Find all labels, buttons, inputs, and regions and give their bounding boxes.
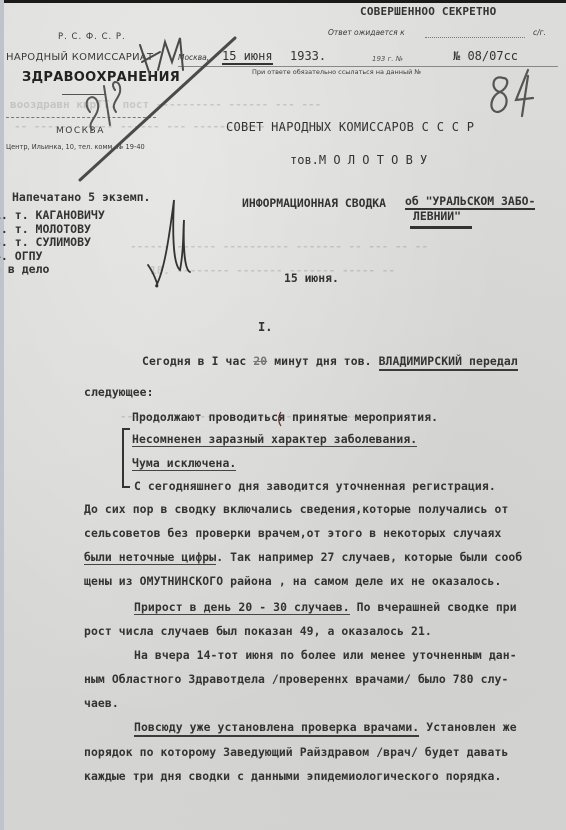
- underlined-text: были неточные цифры: [84, 550, 216, 565]
- reply-expected-field: [425, 37, 525, 38]
- distribution-item: 5 в дело: [0, 263, 105, 277]
- document-number: № 08/07сс: [453, 49, 518, 63]
- text-segment: Сегодня в I час: [142, 354, 253, 368]
- paragraph-line: С сегодняшнего дня заводится уточненная …: [134, 479, 496, 493]
- document-date: 15 июня: [222, 49, 273, 65]
- paragraph-line: следующее:: [84, 385, 154, 399]
- report-date: 15 июня.: [284, 271, 339, 285]
- addressee-recipient: тов.М О Л О Т О В У: [290, 153, 427, 167]
- scan-top-edge: [0, 0, 566, 3]
- distribution-list: 1. т. КАГАНОВИЧУ 2. т. МОЛОТОВУ 3. т. СУ…: [0, 209, 105, 277]
- distribution-item: 1. т. КАГАНОВИЧУ: [0, 209, 105, 223]
- addressee-organization: СОВЕТ НАРОДНЫХ КОМИССАРОВ С С С Р: [226, 120, 474, 134]
- letterhead-commissariat: НАРОДНЫЙ КОМИССАРИАТ: [6, 52, 153, 63]
- underlined-text: Повсюду уже установлена проверка врачами…: [134, 720, 419, 737]
- page-number-four: [516, 70, 533, 116]
- list-item-3: Чума исключена.: [132, 456, 236, 471]
- classification-stamp: СОВЕРШЕННОО СЕКРЕТНО: [360, 5, 496, 18]
- report-title: ИНФОРМАЦИОННАЯ СВОДКА: [242, 196, 386, 210]
- reference-note: При ответе обязательно ссылаться на данн…: [252, 68, 421, 76]
- reply-expected-label: Ответ ожидается к: [328, 28, 405, 37]
- subject-underline: [410, 226, 472, 229]
- paragraph-line: ным Областного Здравотдела /провереннх в…: [84, 672, 508, 686]
- paragraph-line: рост числа случаев был показан 49, а ока…: [84, 624, 432, 638]
- report-subject-cont: ЛЕВНИИ": [413, 209, 461, 223]
- bleed-through-text: вооздравн кирТТ. пост ---------- ------ …: [10, 98, 321, 111]
- paragraph-line: На вчера 14-тот июня по более или менее …: [134, 648, 517, 662]
- paragraph-line: Прирост в день 20 - 30 случаев. По вчера…: [134, 600, 517, 614]
- underlined-name: ВЛАДИМИРСКИЙ передал: [379, 354, 518, 371]
- paragraph-line: Повсюду уже установлена проверка врачами…: [134, 720, 517, 734]
- bleed-through-text: ------ ------ ---------- ------- -- --- …: [130, 240, 428, 253]
- distribution-item: 3. т. СУЛИМОВУ: [0, 236, 105, 250]
- letterhead-republic: Р. С. Ф. С. Р.: [58, 32, 126, 42]
- text-segment: . Так например 27 случаев, которые были …: [216, 550, 522, 564]
- reply-expected-suffix: с/г.: [533, 28, 546, 37]
- struck-number: 20: [253, 354, 267, 368]
- text-segment: По вчерашней сводке при: [350, 600, 517, 614]
- paragraph-line: были неточные цифры. Так например 27 слу…: [84, 550, 522, 564]
- report-subject: об "УРАЛЬСКОМ ЗАБО-: [405, 194, 535, 210]
- letterhead-rule: [6, 117, 156, 118]
- bleed-through-text: 18. -------- ------- ------- ----- --: [150, 264, 395, 277]
- list-item-1: Продолжают проводиться принятые мероприя…: [132, 410, 438, 424]
- list-item-2: Несомненен заразный характер заболевания…: [132, 432, 417, 447]
- letterhead-divider: [62, 94, 106, 95]
- paragraph-line: сельсоветов без проверки врачем,от этого…: [84, 526, 501, 540]
- paragraph-line: щены из ОМУТНИНСКОГО района , на самом д…: [84, 574, 501, 588]
- page-number-eight: [491, 77, 507, 112]
- text-segment: Установлен же: [419, 720, 516, 734]
- letterhead-city: МОСКВА: [56, 126, 105, 136]
- section-number: I.: [258, 320, 272, 334]
- distribution-item: 4. ОГПУ: [0, 250, 105, 264]
- paragraph-line: До сих пор в сводку включались сведения,…: [84, 502, 508, 516]
- printed-copies-note: Напечатано 5 экземп.: [12, 190, 150, 204]
- paragraph-line: Сегодня в I час 20 минут дня тов. ВЛАДИМ…: [142, 354, 518, 368]
- letterhead-health: ЗДРАВООХРАНЕНИЯ: [22, 70, 180, 85]
- date-prefix: Москва,: [178, 53, 209, 62]
- header-rule: [178, 66, 558, 67]
- paragraph-line: порядок по которому Заведующий Райздраво…: [84, 745, 508, 759]
- letterhead-address: Центр, Ильинка, 10, тел. комм. № 19-40: [6, 143, 145, 151]
- underlined-text: Прирост в день 20 - 30 случаев.: [134, 600, 350, 615]
- paragraph-line: чаев.: [84, 696, 119, 710]
- text-segment: минут дня тов.: [267, 354, 378, 368]
- margin-bracket: [122, 428, 130, 488]
- document-page: вооздравн кирТТ. пост ---------- ------ …: [0, 0, 566, 830]
- paragraph-line: каждые три дня сводки с данными эпидемио…: [84, 769, 501, 783]
- scan-left-edge: [0, 0, 4, 830]
- year-template: 193 г. №: [372, 55, 403, 63]
- distribution-item: 2. т. МОЛОТОВУ: [0, 223, 105, 237]
- document-year: 1933.: [290, 49, 326, 63]
